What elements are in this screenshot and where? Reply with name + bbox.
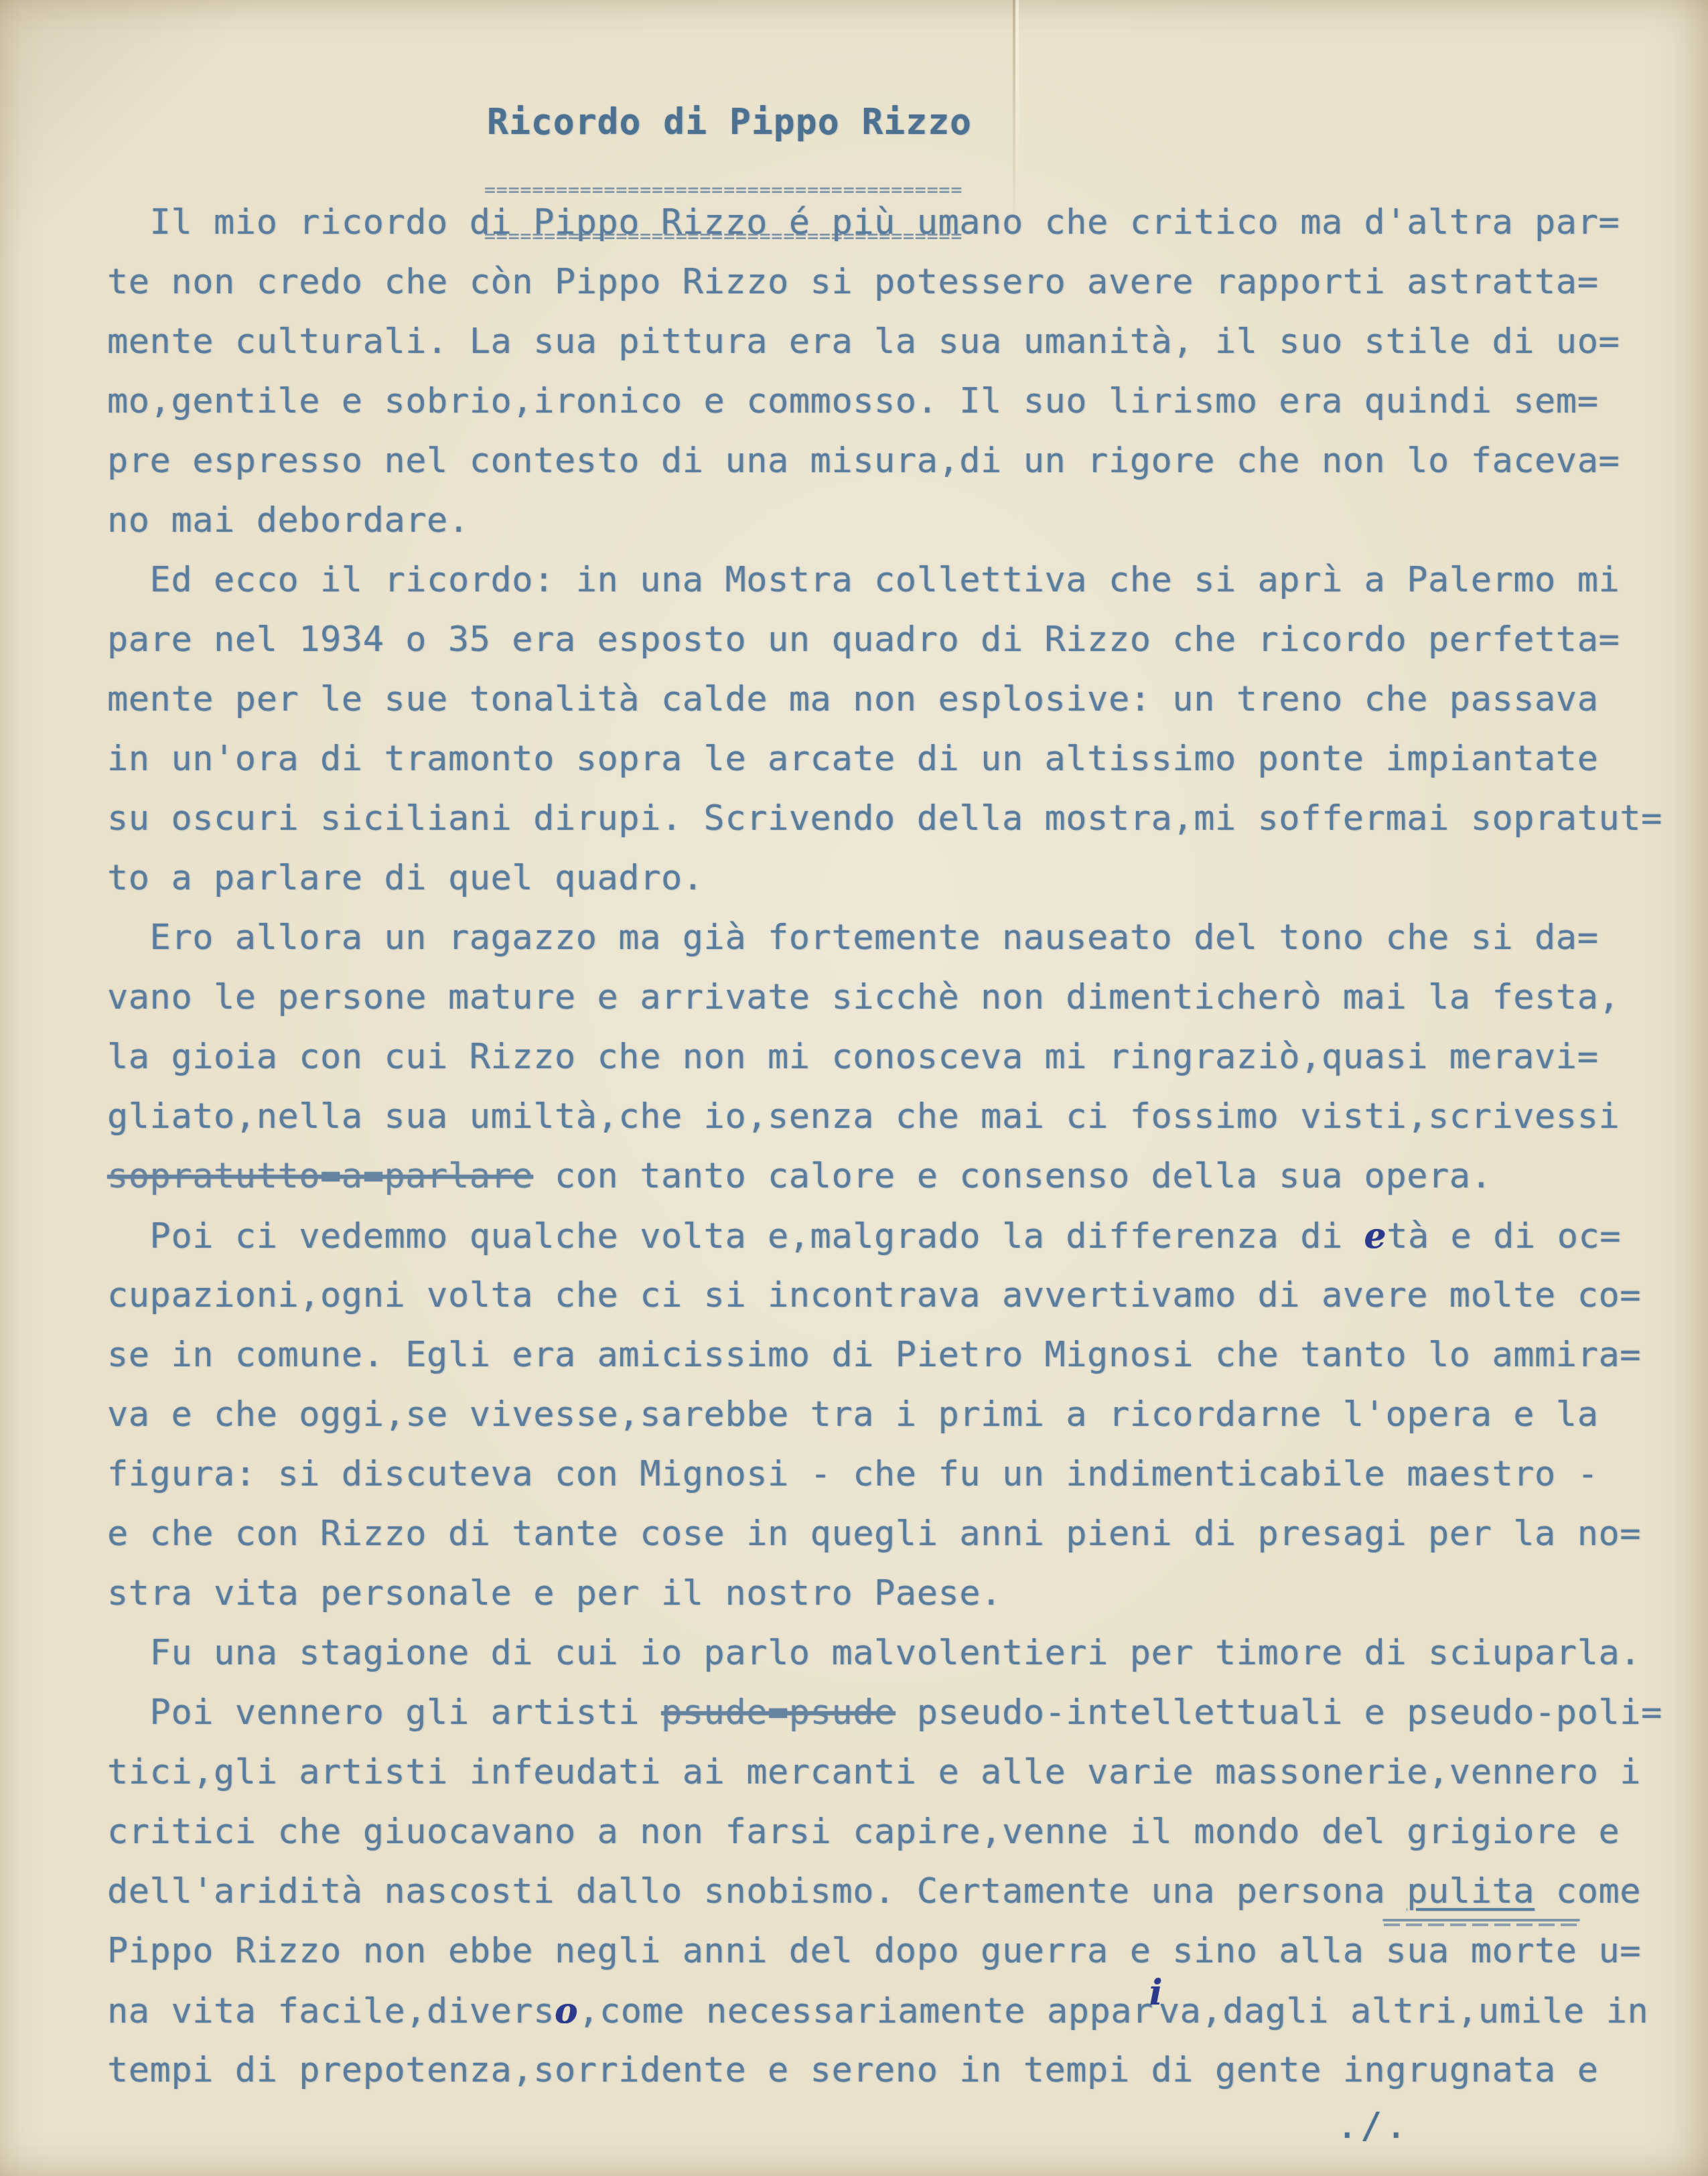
document-line: pre espresso nel contesto di una misura,… (107, 431, 1668, 491)
text-segment: figura: si discuteva con Mignosi - che f… (107, 1454, 1598, 1494)
text-segment: come (1535, 1871, 1641, 1911)
document-line: pare nel 1934 o 35 era esposto un quadro… (107, 610, 1668, 670)
text-segment: Poi vennero gli artisti (107, 1692, 661, 1733)
document-line: Poi vennero gli artisti psude=psude pseu… (107, 1683, 1668, 1743)
text-segment: na vita facile,divers (107, 1991, 555, 2031)
document-line: gliato,nella sua umiltà,che io,senza che… (107, 1087, 1668, 1147)
text-segment: mo,gentile e sobrio,ironico e commosso. … (107, 381, 1598, 421)
document-line: mo,gentile e sobrio,ironico e commosso. … (107, 372, 1668, 431)
text-segment: e che con Rizzo di tante cose in quegli … (107, 1514, 1641, 1554)
text-segment: va e che oggi,se vivesse,sarebbe tra i p… (107, 1394, 1598, 1435)
text-segment: tempi di prepotenza,sorridente e sereno … (107, 2050, 1598, 2090)
text-segment: critici che giuocavano a non farsi capir… (107, 1812, 1620, 1852)
text-segment: Il mio ricordo di Pippo Rizzo é più uman… (107, 202, 1620, 242)
text-segment: cupazioni,ogni volta che ci si incontrav… (107, 1275, 1641, 1315)
text-segment: te non credo che còn Pippo Rizzo si pote… (107, 262, 1598, 302)
document-line: Fu una stagione di cui io parlo malvolen… (107, 1623, 1668, 1683)
document-line: cupazioni,ogni volta che ci si incontrav… (107, 1266, 1668, 1325)
document-line: dell'aridità nascosti dallo snobismo. Ce… (107, 1862, 1668, 1921)
text-segment: tà e di oc= (1386, 1216, 1621, 1256)
document-line: critici che giuocavano a non farsi capir… (107, 1802, 1668, 1862)
text-segment-hand: e (1364, 1216, 1387, 1256)
text-segment: mente culturali. La sua pittura era la s… (107, 321, 1620, 362)
text-segment: se in comune. Egli era amicissimo di Pie… (107, 1335, 1641, 1375)
text-segment: tici,gli artisti infeudati ai mercanti e… (107, 1752, 1641, 1792)
document-line: Ed ecco il ricordo: in una Mostra collet… (107, 551, 1668, 610)
text-segment: dell'aridità nascosti dallo snobismo. Ce… (107, 1871, 1407, 1911)
document-line: se in comune. Egli era amicissimo di Pie… (107, 1325, 1668, 1385)
document-line: va e che oggi,se vivesse,sarebbe tra i p… (107, 1385, 1668, 1445)
text-segment: Fu una stagione di cui io parlo malvolen… (107, 1633, 1641, 1673)
text-segment: Poi ci vedemmo qualche volta e,malgrado … (107, 1216, 1364, 1256)
text-segment: con tanto calore e consenso della sua op… (533, 1156, 1492, 1196)
document-line: Il mio ricordo di Pippo Rizzo é più uman… (107, 193, 1668, 252)
text-segment: vano le persone mature e arrivate sicchè… (107, 977, 1620, 1017)
continuation-mark: ./. (1336, 2104, 1410, 2147)
text-segment-hand-sup: i (1149, 1963, 1163, 2023)
document-line: na vita facile,diverso,come necessariame… (107, 1981, 1668, 2041)
page-title: Ricordo di Pippo Rizzo (487, 102, 972, 143)
text-segment: pare nel 1934 o 35 era esposto un quadro… (107, 620, 1620, 660)
text-segment: Ero allora un ragazzo ma già fortemente … (107, 918, 1598, 958)
text-segment-under: pulita (1407, 1871, 1535, 1911)
text-segment-strike: psude=psude (661, 1692, 896, 1733)
text-segment: Pippo Rizzo non ebbe negli anni del dopo… (107, 1931, 1385, 1971)
document-line: la gioia con cui Rizzo che non mi conosc… (107, 1027, 1668, 1087)
document-line: mente per le sue tonalità calde ma non e… (107, 670, 1668, 729)
text-segment: Ed ecco il ricordo: in una Mostra collet… (107, 560, 1620, 600)
text-segment-hand: o (555, 1990, 578, 2031)
document-line: su oscuri siciliani dirupi. Scrivendo de… (107, 789, 1668, 849)
text-segment: u= (1577, 1931, 1641, 1971)
document-line: Ero allora un ragazzo ma già fortemente … (107, 908, 1668, 968)
document-line: tempi di prepotenza,sorridente e sereno … (107, 2041, 1668, 2100)
text-segment: ,come necessariamente appar (578, 1991, 1153, 2031)
text-segment: su oscuri siciliani dirupi. Scrivendo de… (107, 798, 1662, 839)
document-line: no mai debordare. (107, 491, 1668, 551)
text-segment: la gioia con cui Rizzo che non mi conosc… (107, 1037, 1598, 1077)
text-segment: pseudo-intellettuali e pseudo-poli= (896, 1692, 1662, 1733)
document-line: vano le persone mature e arrivate sicchè… (107, 968, 1668, 1027)
document-body: Il mio ricordo di Pippo Rizzo é più uman… (107, 193, 1668, 2100)
text-segment: stra vita personale e per il nostro Paes… (107, 1573, 1002, 1613)
document-line: sopratutto=a=parlare con tanto calore e … (107, 1147, 1668, 1206)
document-line: te non credo che còn Pippo Rizzo si pote… (107, 252, 1668, 312)
document-line: Poi ci vedemmo qualche volta e,malgrado … (107, 1206, 1668, 1266)
document-line: e che con Rizzo di tante cose in quegli … (107, 1504, 1668, 1564)
paper-crease-highlight (1015, 0, 1019, 201)
text-segment: mente per le sue tonalità calde ma non e… (107, 679, 1598, 719)
document-line: to a parlare di quel quadro. (107, 849, 1668, 908)
document-line: mente culturali. La sua pittura era la s… (107, 312, 1668, 372)
text-segment: to a parlare di quel quadro. (107, 858, 704, 898)
document-line: stra vita personale e per il nostro Paes… (107, 1564, 1668, 1623)
document-line: Pippo Rizzo non ebbe negli anni del dopo… (107, 1921, 1668, 1981)
text-segment: pre espresso nel contesto di una misura,… (107, 441, 1620, 481)
text-segment: gliato,nella sua umiltà,che io,senza che… (107, 1096, 1620, 1137)
document-line: figura: si discuteva con Mignosi - che f… (107, 1445, 1668, 1504)
text-segment: no mai debordare. (107, 500, 470, 540)
document-line: in un'ora di tramonto sopra le arcate di… (107, 729, 1668, 789)
document-line: tici,gli artisti infeudati ai mercanti e… (107, 1743, 1668, 1802)
scanned-typewritten-page: Ricordo di Pippo Rizzo =================… (0, 0, 1708, 2176)
text-segment: in un'ora di tramonto sopra le arcate di… (107, 739, 1598, 779)
text-segment: va,dagli altri,umile in (1159, 1991, 1649, 2031)
text-segment-over: sua morte (1385, 1931, 1577, 1971)
text-segment-strike: sopratutto=a=parlare (107, 1156, 533, 1196)
